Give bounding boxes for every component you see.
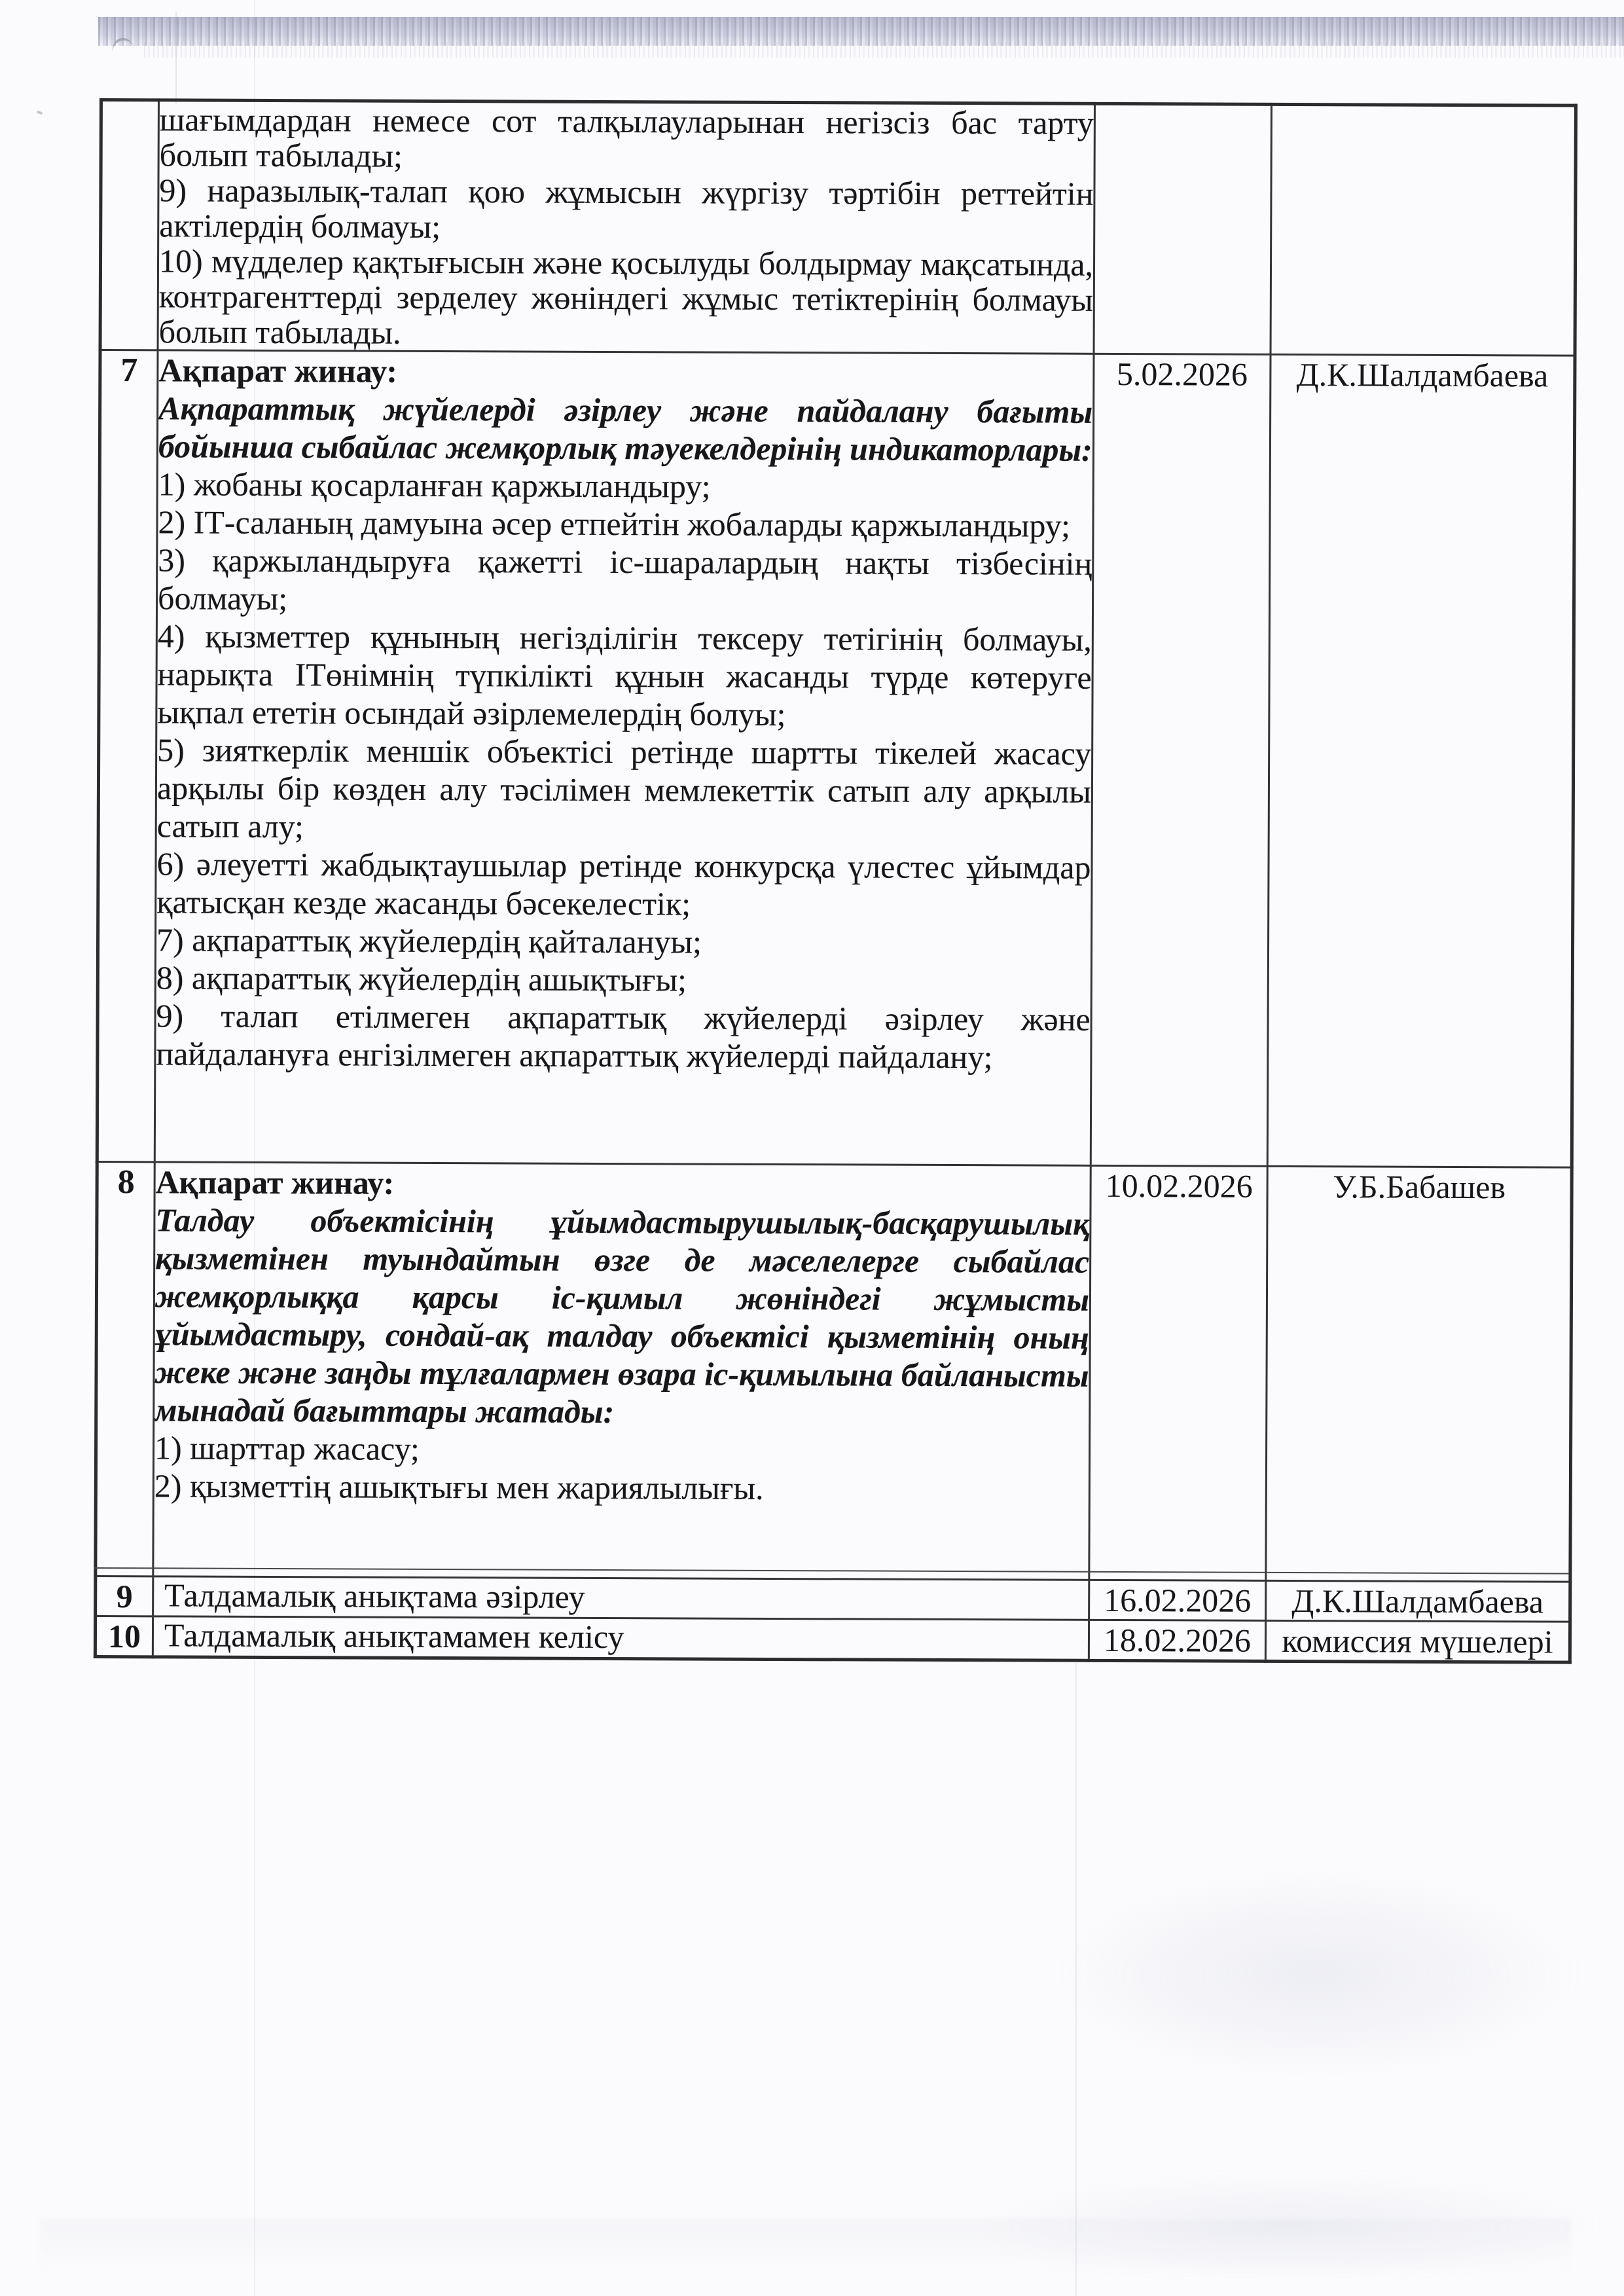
scan-streak <box>175 12 177 103</box>
row-number-cell: 9 <box>96 1576 153 1616</box>
table-row: 9 Талдамалық анықтама әзірлеу 16.02.2026… <box>96 1576 1570 1622</box>
responsible-cell: Д.К.Шалдамбаева <box>1267 354 1575 1167</box>
date-cell: 5.02.2026 <box>1091 354 1271 1166</box>
task-label: Талдамалық анықтамамен келісу <box>154 1617 1088 1656</box>
date-cell: 16.02.2026 <box>1089 1580 1266 1620</box>
list-item: 9) талап етілмеген ақпараттық жүйелерді … <box>156 996 1090 1076</box>
list-item: 7) ақпараттық жүйелердің қайталануы; <box>156 920 1091 962</box>
lead-paragraph: Талдау объектісінің ұйымдастырушылық-бас… <box>154 1201 1089 1432</box>
date-cell: 10.02.2026 <box>1089 1165 1267 1580</box>
task-label: Талдамалық анықтама әзірлеу <box>154 1577 1088 1616</box>
responsible-cell <box>1271 104 1576 355</box>
list-item: 2) қызметтің ашықтығы мен жариялылығы. <box>154 1467 1089 1508</box>
scanner-edge-fringe <box>144 42 1624 58</box>
date-cell: 18.02.2026 <box>1089 1620 1265 1661</box>
paragraph: 10) мүдделер қақтығысын және қосылуды бо… <box>159 243 1094 352</box>
responsible-cell: Д.К.Шалдамбаева <box>1266 1580 1570 1622</box>
table-row: 8 Ақпарат жинау: Талдау объектісінің ұйы… <box>96 1161 1572 1582</box>
list-item: 1) жобаны қосарланған қаржыландыру; <box>158 465 1092 506</box>
row-content-cell: Ақпарат жинау: Ақпараттық жүйелерді әзір… <box>154 350 1094 1165</box>
plan-table: шағымдардан немесе сот талқылауларынан н… <box>94 98 1574 1664</box>
paragraph: шағымдардан немесе сот талқылауларынан н… <box>160 101 1094 175</box>
row-number-cell: 10 <box>95 1616 153 1656</box>
list-item: 2) ІТ-саланың дамуына әсер етпейтін жоба… <box>158 503 1092 544</box>
date-cell <box>1094 103 1271 354</box>
scan-noise-patch <box>39 2219 1571 2278</box>
table-row: 7 Ақпарат жинау: Ақпараттық жүйелерді әз… <box>97 350 1575 1168</box>
margin-speck <box>37 111 43 115</box>
section-header: Ақпарат жинау: <box>156 1163 1090 1204</box>
list-item: 5) зияткерлік меншік объектісі ретінде ш… <box>157 731 1092 848</box>
lead-paragraph: Ақпараттық жүйелерді әзірлеу және пайдал… <box>158 389 1092 468</box>
row-content-cell: шағымдардан немесе сот талқылауларынан н… <box>158 100 1094 354</box>
paragraph: 9) наразылық-талап қою жұмысын жүргізу т… <box>159 172 1093 246</box>
section-header: Ақпарат жинау: <box>158 351 1092 392</box>
table-row: 10 Талдамалық анықтамамен келісу 18.02.2… <box>95 1616 1570 1662</box>
table-row: шағымдардан немесе сот талқылауларынан н… <box>100 100 1576 356</box>
row-content-cell: Ақпарат жинау: Талдау объектісінің ұйымд… <box>153 1162 1091 1580</box>
row-content-cell: Талдамалық анықтамамен келісу <box>153 1616 1089 1660</box>
list-item: 6) әлеуетті жабдықтаушылар ретінде конку… <box>156 845 1091 924</box>
responsible-cell: У.Б.Бабашев <box>1266 1166 1572 1582</box>
row-number-cell: 7 <box>97 350 158 1162</box>
list-item: 8) ақпараттық жүйелердің ашықтығы; <box>156 958 1091 1000</box>
list-item: 4) қызметтер құнының негізділігін тексер… <box>157 617 1092 734</box>
row-content-cell: Талдамалық анықтама әзірлеу <box>153 1576 1089 1620</box>
action-plan-table: шағымдардан немесе сот талқылауларынан н… <box>94 98 1578 1664</box>
row-number-cell <box>100 100 158 350</box>
list-item: 3) қаржыландыруға қажетті іс-шаралардың … <box>158 541 1092 620</box>
scan-noise-patch <box>1047 1866 1584 2082</box>
responsible-cell: комиссия мүшелері <box>1265 1620 1570 1662</box>
row-number-cell: 8 <box>96 1161 154 1576</box>
scanned-page: { "document": { "kind": "scanned table p… <box>0 0 1624 2296</box>
list-item: 1) шарттар жасасу; <box>154 1429 1089 1470</box>
